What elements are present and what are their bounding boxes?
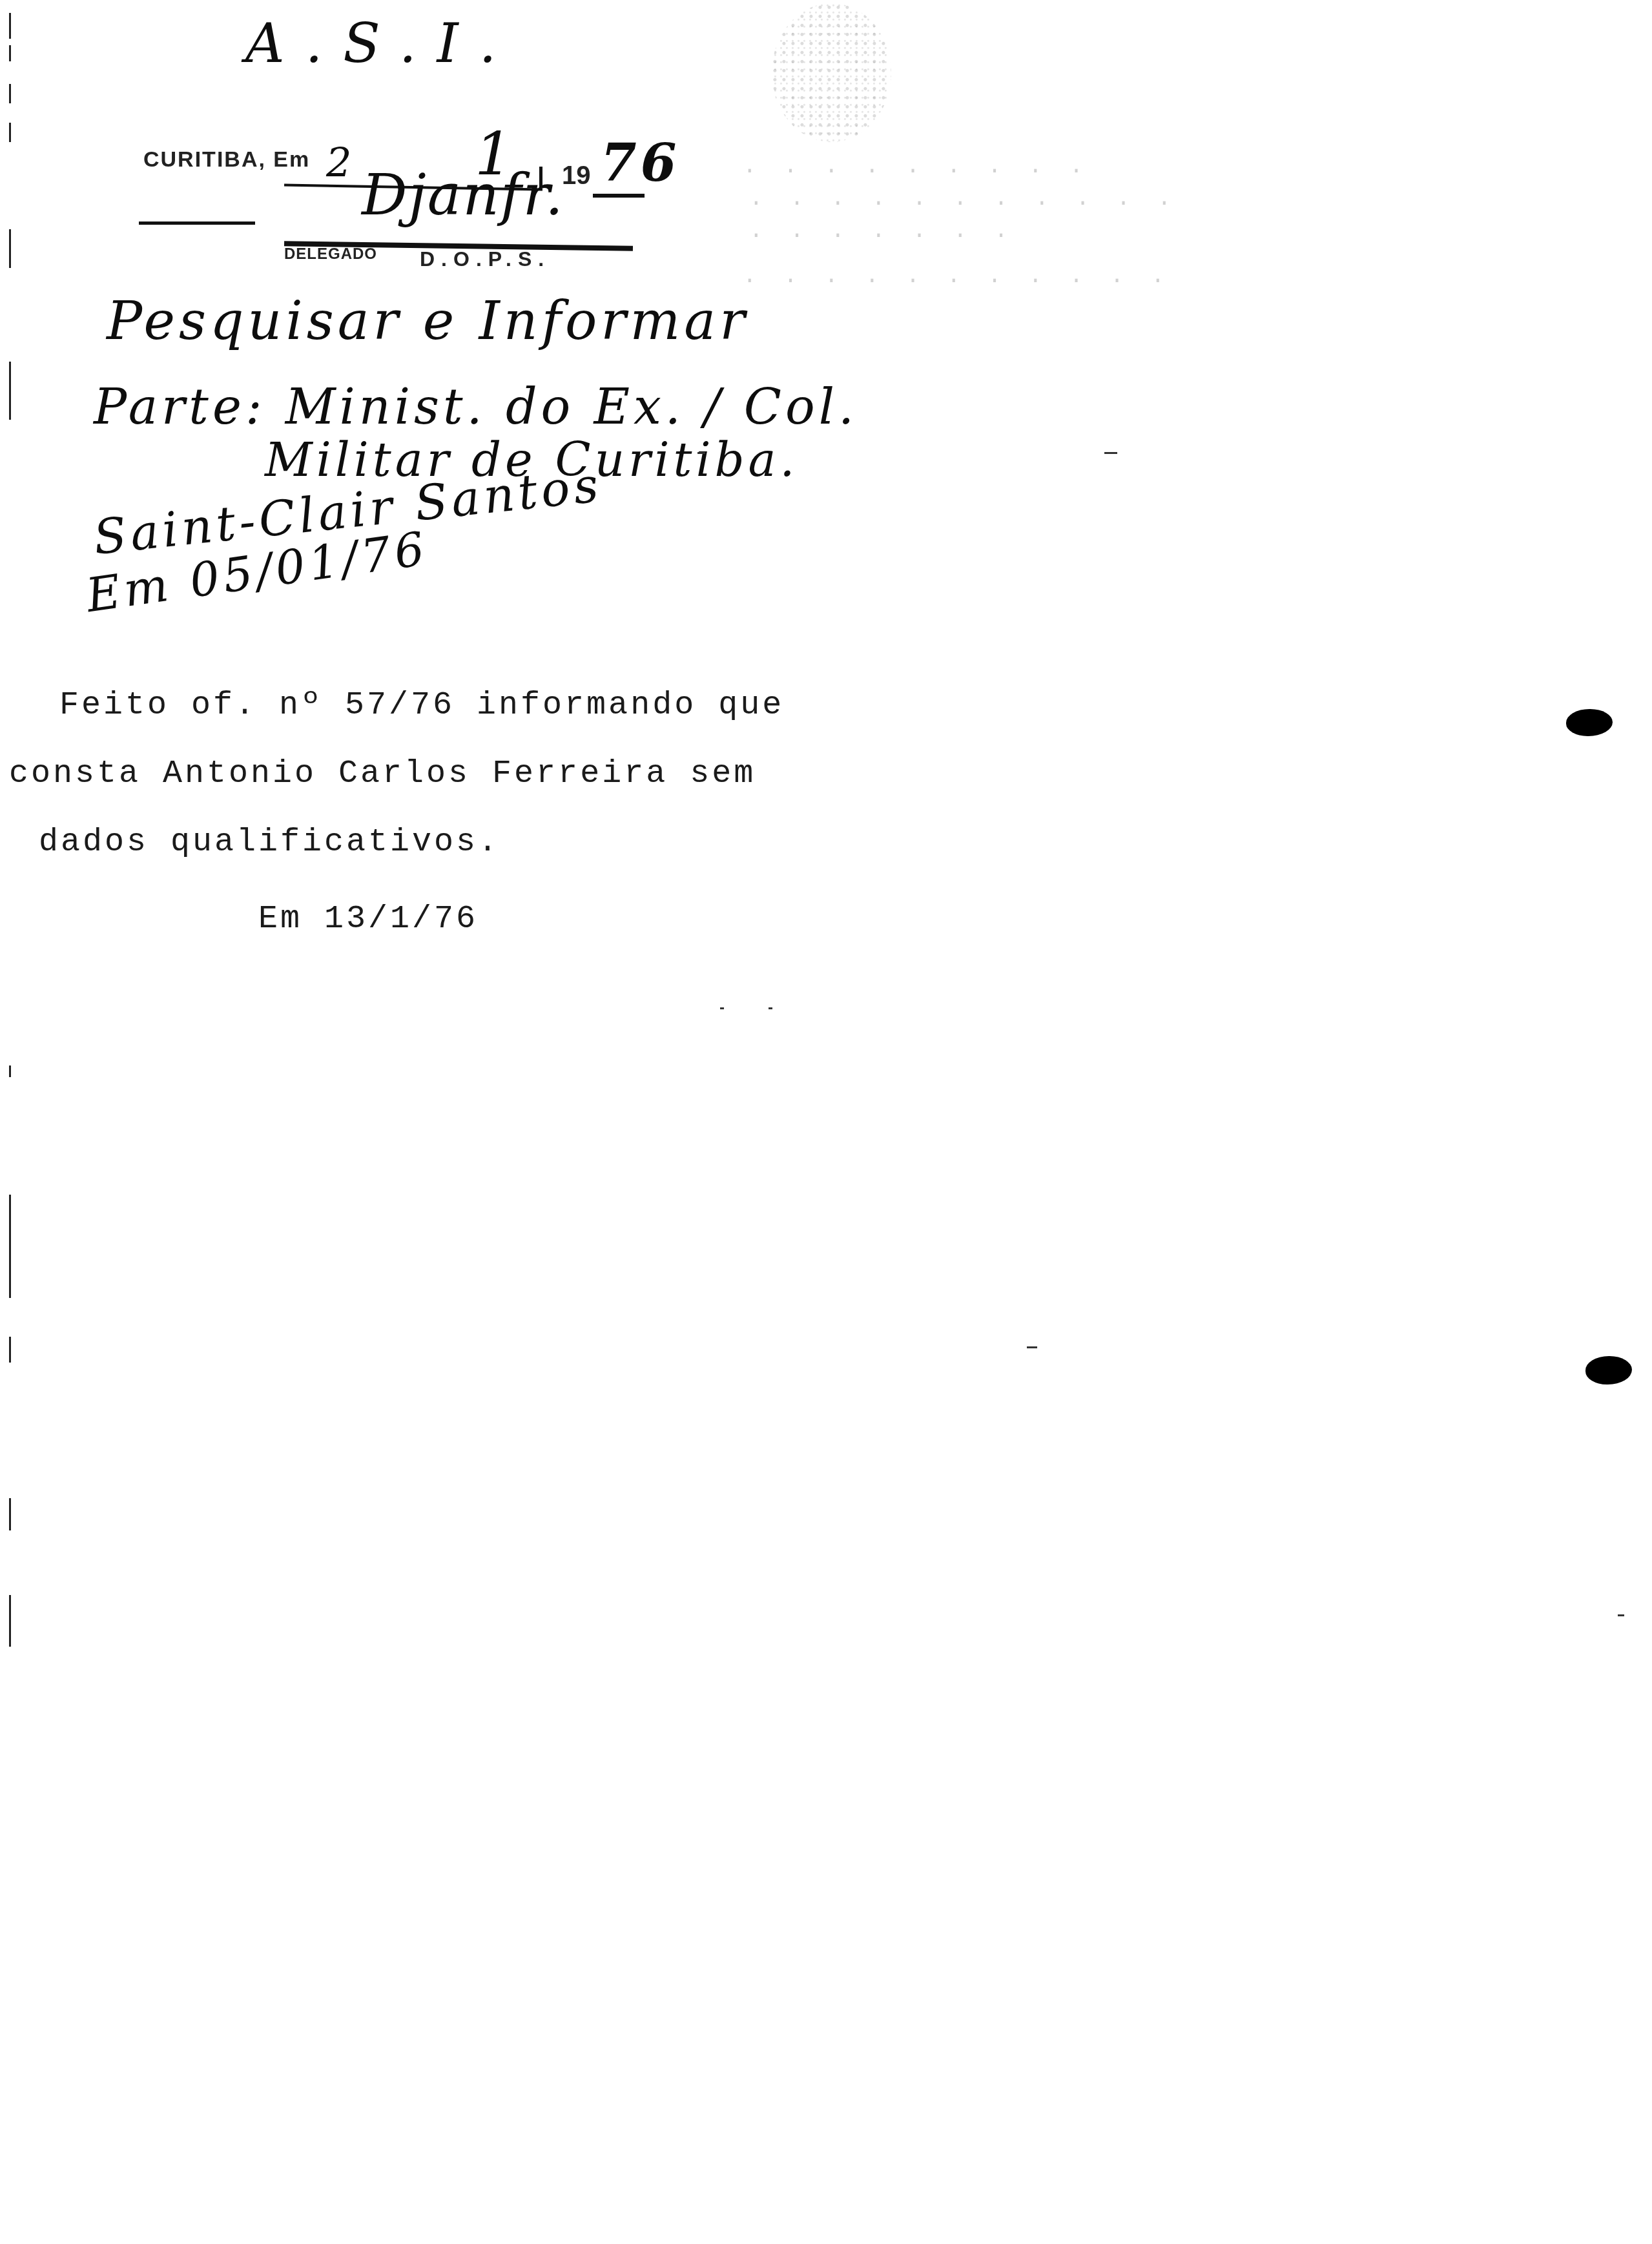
typed-note-date: Em 13/1/76 bbox=[258, 901, 478, 938]
dash-mark bbox=[697, 452, 705, 454]
typed-note-line: consta Antonio Carlos Ferreira sem bbox=[9, 756, 756, 792]
margin-mark bbox=[9, 45, 11, 61]
delegate-signature: Djanfr. bbox=[362, 161, 564, 228]
speck bbox=[1027, 1346, 1037, 1348]
stamp-agency-label: D.O.P.S. bbox=[420, 247, 550, 271]
typed-note-line: Feito of. nº 57/76 informando que bbox=[59, 687, 784, 724]
margin-mark bbox=[9, 84, 11, 103]
signature-rule-left bbox=[139, 221, 255, 225]
speck bbox=[720, 1007, 724, 1009]
faded-stamp-line: · · · · · · · bbox=[749, 223, 1015, 249]
margin-mark bbox=[9, 123, 11, 142]
faded-stamp-line: · · · · · · · · · bbox=[743, 158, 1089, 185]
stamp-role-label: DELEGADO bbox=[284, 245, 377, 263]
punch-hole bbox=[1566, 709, 1613, 736]
stamp-year-suffix: 76 bbox=[601, 132, 680, 193]
speck bbox=[1104, 452, 1117, 454]
stamp-year-prefix: 19 bbox=[562, 161, 591, 190]
margin-mark bbox=[9, 362, 11, 420]
speck bbox=[769, 1007, 772, 1009]
stamp-year-rule bbox=[593, 194, 645, 198]
margin-mark bbox=[9, 1065, 11, 1077]
faded-stamp-line: · · · · · · · · · · · bbox=[749, 190, 1178, 217]
margin-mark bbox=[9, 1195, 11, 1298]
faded-stamp-line: · · · · · · · · · · · bbox=[743, 268, 1172, 294]
header-annotation: A.S.I. bbox=[245, 12, 517, 75]
speck bbox=[1618, 1614, 1624, 1616]
margin-mark bbox=[9, 229, 11, 268]
margin-mark bbox=[9, 1498, 11, 1530]
handwritten-line: Parte: Minist. do Ex. / Col. bbox=[94, 378, 858, 435]
handwritten-line: Pesquisar e Informar bbox=[107, 291, 749, 352]
typed-note-line: dados qualificativos. bbox=[39, 824, 500, 861]
stamp-day: 2 bbox=[326, 139, 355, 186]
scanned-document-page: · · · · · · · · · · · · · · · · · · · · … bbox=[0, 0, 1652, 2244]
margin-mark bbox=[9, 1595, 11, 1647]
punch-hole bbox=[1585, 1356, 1632, 1384]
margin-mark bbox=[9, 13, 11, 39]
margin-mark bbox=[9, 1337, 11, 1363]
faded-seal bbox=[772, 3, 891, 142]
stamp-city-label: CURITIBA, Em bbox=[143, 147, 310, 172]
